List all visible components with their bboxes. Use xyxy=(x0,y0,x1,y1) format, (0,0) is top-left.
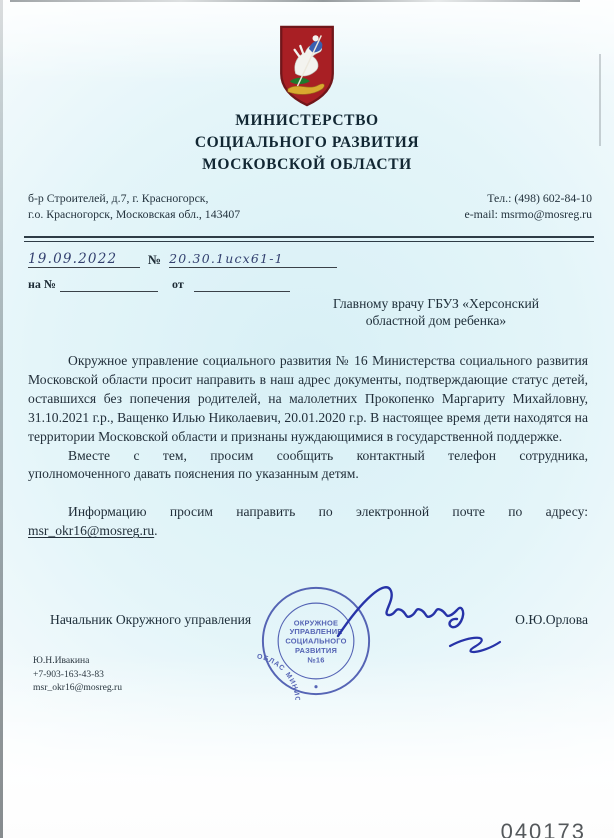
body-paragraph-3: Информацию просим направить по электронн… xyxy=(28,503,588,541)
outgoing-number-field: 20.30.1исх61-1 xyxy=(169,251,337,268)
scan-edge-top xyxy=(10,0,580,2)
stamp-center-line5: №16 xyxy=(307,656,324,665)
header-divider xyxy=(24,236,594,242)
stamp-center-line4: РАЗВИТИЯ xyxy=(295,646,337,655)
body-paragraph-2-line1: Вместе с тем, просим сообщить контактный… xyxy=(28,447,588,466)
reply-number-blank xyxy=(60,279,158,292)
body-paragraph-1: Окружное управление социального развития… xyxy=(28,352,588,447)
reply-date-blank xyxy=(194,279,290,292)
moscow-oblast-coat-of-arms-icon xyxy=(276,24,338,108)
reply-ot-label: от xyxy=(172,277,184,292)
body-paragraph-2: Вместе с тем, просим сообщить контактный… xyxy=(28,447,588,485)
body-paragraph-3-line1: Информацию просим направить по электронн… xyxy=(28,503,588,522)
sentence-period: . xyxy=(154,523,157,538)
sender-address: б-р Строителей, д.7, г. Красногорск, г.о… xyxy=(28,190,240,222)
outgoing-date-field: 19.09.2022 xyxy=(28,251,140,268)
ministry-title: МИНИСТЕРСТВО СОЦИАЛЬНОГО РАЗВИТИЯ МОСКОВ… xyxy=(0,110,614,176)
signer-name: О.Ю.Орлова xyxy=(515,612,588,628)
stamp-bottom-dot xyxy=(314,685,317,688)
outgoing-number-row: 19.09.2022 № 20.30.1исх61-1 xyxy=(28,246,358,268)
reply-na-label: на № xyxy=(28,277,56,292)
sender-phone-email: Тел.: (498) 602-84-10 e-mail: msrmo@mosr… xyxy=(465,190,593,222)
handwritten-number: 20.30.1исх61-1 xyxy=(169,251,284,266)
recipient-line2: областной дом ребенка» xyxy=(280,313,592,330)
scanned-letter-page: МИНИСТЕРСТВО СОЦИАЛЬНОГО РАЗВИТИЯ МОСКОВ… xyxy=(0,0,614,838)
ministry-title-line1: МИНИСТЕРСТВО xyxy=(0,110,614,132)
page-number: 040173 xyxy=(501,819,586,838)
sender-email: e-mail: msrmo@mosreg.ru xyxy=(465,206,593,222)
body-paragraph-3-line2: msr_okr16@mosreg.ru. xyxy=(28,523,158,538)
recipient-block: Главному врачу ГБУЗ «Херсонский областно… xyxy=(280,296,592,329)
sender-phone: Тел.: (498) 602-84-10 xyxy=(465,190,593,206)
signature-main-stroke xyxy=(338,587,463,636)
letter-requisites: 19.09.2022 № 20.30.1исх61-1 на № от xyxy=(28,246,358,292)
ministry-title-line3: МОСКОВСКОЙ ОБЛАСТИ xyxy=(0,154,614,176)
executor-block: Ю.Н.Ивакина +7-903-163-43-83 msr_okr16@m… xyxy=(33,654,122,695)
recipient-line1: Главному врачу ГБУЗ «Херсонский xyxy=(280,296,592,313)
sender-address-line2: г.о. Красногорск, Московская обл., 14340… xyxy=(28,206,240,222)
sender-contacts: б-р Строителей, д.7, г. Красногорск, г.о… xyxy=(28,190,592,222)
executor-phone: +7-903-163-43-83 xyxy=(33,668,122,682)
emblem-rider-head xyxy=(313,35,319,41)
executor-name: Ю.Н.Ивакина xyxy=(33,654,122,668)
executor-email: msr_okr16@mosreg.ru xyxy=(33,681,122,695)
handwritten-date: 19.09.2022 xyxy=(28,251,117,267)
signature-flourish xyxy=(450,638,500,652)
sender-address-line1: б-р Строителей, д.7, г. Красногорск, xyxy=(28,190,240,206)
letter-body: Окружное управление социального развития… xyxy=(28,352,588,541)
reply-reference-row: на № от xyxy=(28,277,358,292)
ministry-title-line2: СОЦИАЛЬНОГО РАЗВИТИЯ xyxy=(0,132,614,154)
body-paragraph-2-line2: уполномоченного давать пояснения по указ… xyxy=(28,466,359,481)
number-sign: № xyxy=(148,252,161,268)
reply-email-address: msr_okr16@mosreg.ru xyxy=(28,523,154,538)
signature-scrawl xyxy=(332,574,512,674)
signer-position-title: Начальник Окружного управления xyxy=(50,612,251,628)
